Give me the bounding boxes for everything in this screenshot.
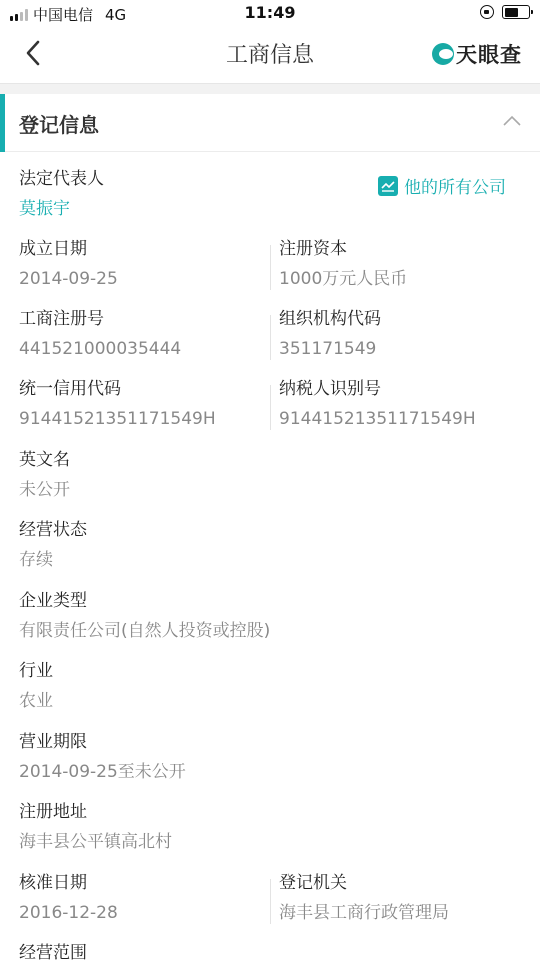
column-divider bbox=[270, 879, 271, 924]
eye-logo-icon bbox=[432, 43, 454, 65]
field-label: 经营范围 bbox=[19, 942, 87, 960]
field-reg-no: 工商注册号 441521000035444 bbox=[19, 308, 181, 360]
column-divider bbox=[270, 245, 271, 290]
field-value: 1000万元人民币 bbox=[279, 268, 407, 290]
field-label: 组织机构代码 bbox=[279, 308, 381, 330]
all-companies-link[interactable]: 他的所有公司 bbox=[378, 173, 506, 198]
brand-logo: 天眼查 bbox=[432, 39, 522, 69]
section-gap bbox=[0, 84, 540, 94]
field-label: 注册地址 bbox=[19, 801, 172, 823]
legal-rep-name-link[interactable]: 莫振宇 bbox=[19, 198, 104, 220]
field-value: 未公开 bbox=[19, 479, 70, 501]
field-legal-rep: 法定代表人 莫振宇 bbox=[19, 168, 104, 220]
section-title: 登记信息 bbox=[19, 109, 99, 138]
field-value: 91441521351171549H bbox=[19, 408, 216, 430]
field-value: 351171549 bbox=[279, 338, 381, 360]
field-value: 存续 bbox=[19, 549, 87, 571]
battery-icon bbox=[502, 5, 530, 19]
field-established: 成立日期 2014-09-25 bbox=[19, 238, 118, 290]
field-label: 成立日期 bbox=[19, 238, 118, 260]
field-taxpayer-id: 纳税人识别号 91441521351171549H bbox=[279, 378, 476, 430]
field-term: 营业期限 2014-09-25至未公开 bbox=[19, 731, 186, 783]
section-header-registration[interactable]: 登记信息 bbox=[0, 94, 540, 152]
field-org-code: 组织机构代码 351171549 bbox=[279, 308, 381, 360]
field-approval-date: 核准日期 2016-12-28 bbox=[19, 872, 118, 924]
field-label: 法定代表人 bbox=[19, 168, 104, 190]
column-divider bbox=[270, 315, 271, 360]
field-value: 2014-09-25至未公开 bbox=[19, 761, 186, 783]
field-authority: 登记机关 海丰县工商行政管理局 bbox=[279, 872, 449, 924]
field-label: 核准日期 bbox=[19, 872, 118, 894]
field-label: 统一信用代码 bbox=[19, 378, 216, 400]
field-label: 经营状态 bbox=[19, 519, 87, 541]
field-value: 91441521351171549H bbox=[279, 408, 476, 430]
field-address: 注册地址 海丰县公平镇高北村 bbox=[19, 801, 172, 853]
rotation-lock-icon bbox=[480, 5, 494, 19]
field-label: 营业期限 bbox=[19, 731, 186, 753]
field-label: 行业 bbox=[19, 660, 53, 682]
field-value: 海丰县工商行政管理局 bbox=[279, 902, 449, 924]
brand-name: 天眼查 bbox=[456, 39, 522, 69]
field-label: 登记机关 bbox=[279, 872, 449, 894]
all-companies-label: 他的所有公司 bbox=[404, 173, 506, 198]
field-label: 企业类型 bbox=[19, 590, 270, 612]
field-value: 海丰县公平镇高北村 bbox=[19, 831, 172, 853]
status-time: 11:49 bbox=[0, 3, 540, 22]
field-english-name: 英文名 未公开 bbox=[19, 449, 70, 501]
column-divider bbox=[270, 385, 271, 430]
chevron-up-icon[interactable] bbox=[502, 114, 522, 128]
field-industry: 行业 农业 bbox=[19, 660, 53, 712]
field-value: 2016-12-28 bbox=[19, 902, 118, 924]
field-status: 经营状态 存续 bbox=[19, 519, 87, 571]
field-label: 注册资本 bbox=[279, 238, 407, 260]
field-company-type: 企业类型 有限责任公司(自然人投资或控股) bbox=[19, 590, 270, 642]
status-bar: 中国电信 4G 11:49 bbox=[0, 0, 540, 28]
field-label: 工商注册号 bbox=[19, 308, 181, 330]
field-label: 英文名 bbox=[19, 449, 70, 471]
field-credit-code: 统一信用代码 91441521351171549H bbox=[19, 378, 216, 430]
section-accent-bar bbox=[0, 94, 5, 152]
field-value: 农业 bbox=[19, 690, 53, 712]
field-value: 2014-09-25 bbox=[19, 268, 118, 290]
nav-bar: 工商信息 天眼查 bbox=[0, 28, 540, 84]
field-value: 441521000035444 bbox=[19, 338, 181, 360]
trend-chart-icon bbox=[378, 176, 398, 196]
field-label: 纳税人识别号 bbox=[279, 378, 476, 400]
field-capital: 注册资本 1000万元人民币 bbox=[279, 238, 407, 290]
field-value: 有限责任公司(自然人投资或控股) bbox=[19, 620, 270, 642]
field-business-scope: 经营范围 bbox=[19, 942, 87, 960]
